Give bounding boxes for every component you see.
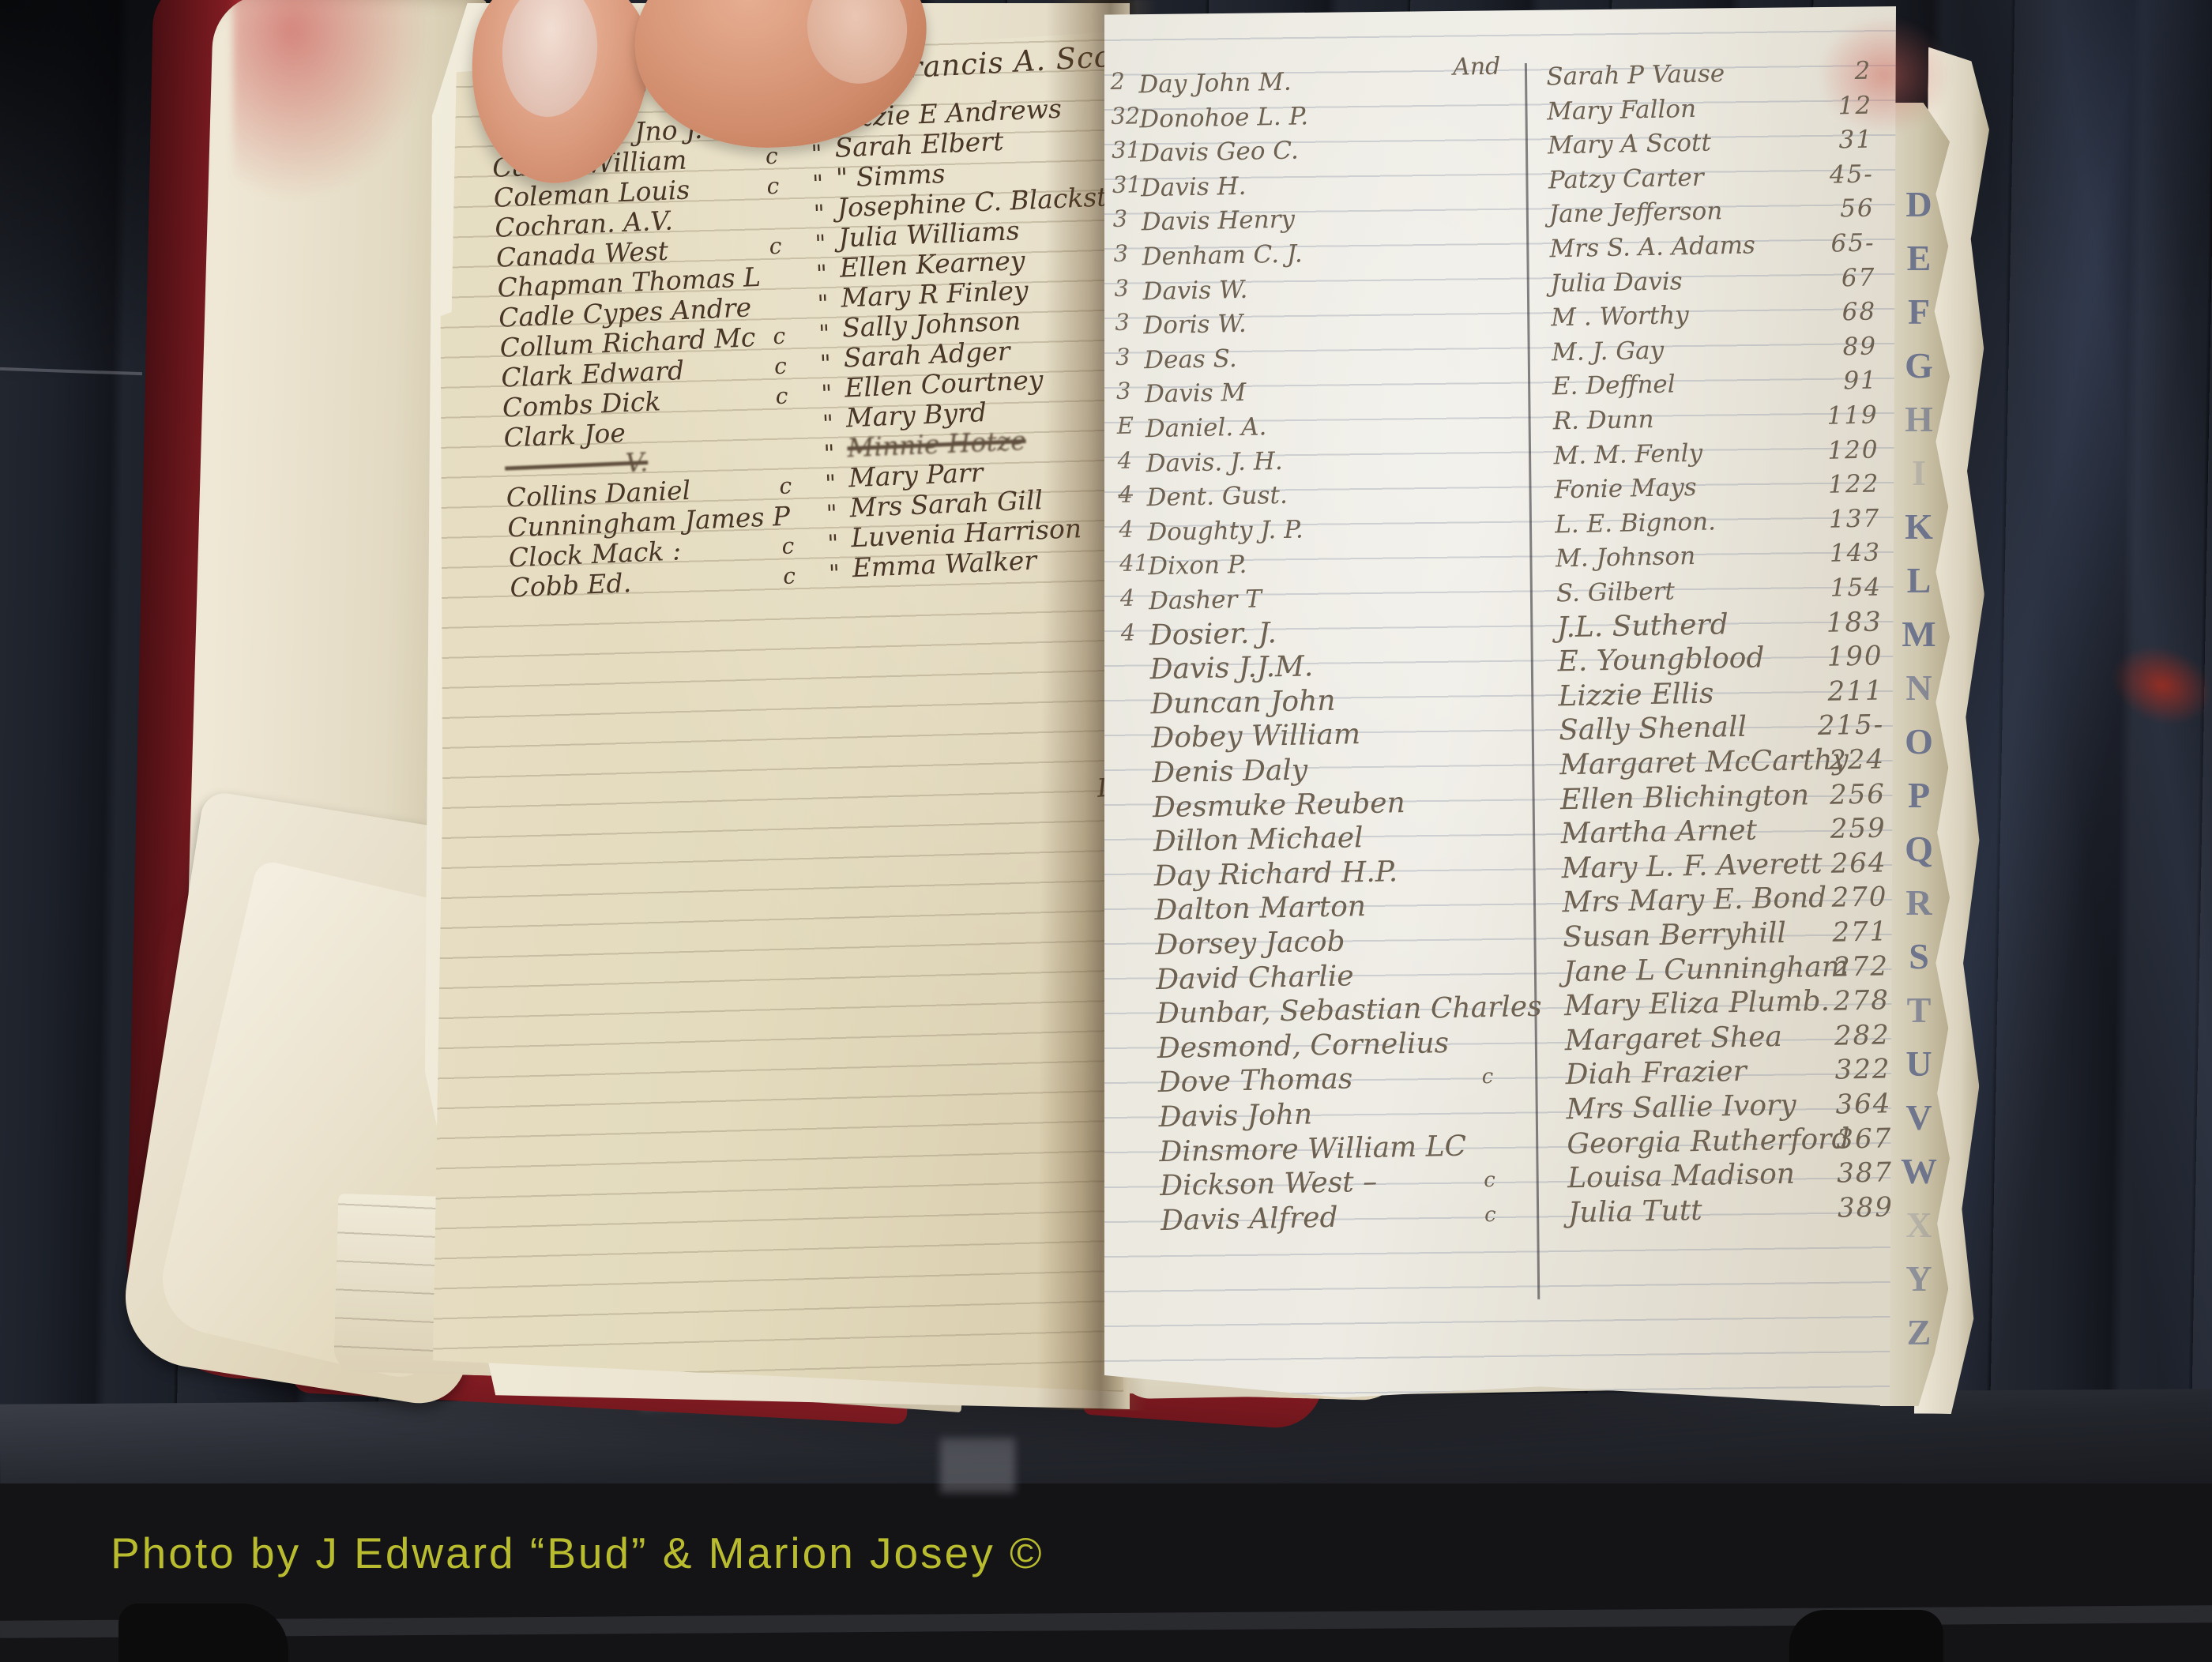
ditto-mark: " — [822, 409, 833, 440]
bride-name: Minnie Hotze — [847, 426, 1027, 463]
groom-name: Dillon Michael — [1153, 821, 1364, 859]
groom-name: Duncan John — [1150, 684, 1336, 722]
page-number: 2 — [1762, 54, 1872, 91]
groom-name: Daniel. A. — [1145, 409, 1266, 446]
ditto-mark: " — [823, 439, 835, 470]
bride-name: M. Johnson — [1556, 539, 1696, 576]
bride-name: Julia Davis — [1550, 264, 1683, 301]
page-number: 387 — [1784, 1155, 1894, 1192]
bride-name: Julia Tutt — [1568, 1194, 1703, 1231]
bride-name: Susan Berryhill — [1563, 916, 1786, 955]
table-leg — [118, 1604, 288, 1662]
color-flag: c — [1484, 1198, 1496, 1232]
page-number: 322 — [1781, 1052, 1891, 1089]
groom-name: Davis. J. H. — [1145, 444, 1283, 481]
bride-name: Sarah P Vause — [1546, 56, 1725, 94]
ditto-mark: " — [827, 529, 839, 560]
color-flag: c — [775, 382, 788, 412]
page-number: 65- — [1766, 226, 1875, 263]
bride-name: Sally Shenall — [1559, 710, 1747, 749]
bride-name: Louisa Madison — [1567, 1157, 1796, 1197]
ditto-mark: " — [821, 379, 833, 410]
groom-name: Deas S. — [1144, 341, 1237, 378]
bride-name: Fonie Mays — [1554, 470, 1697, 507]
page-number: 89 — [1768, 329, 1878, 366]
page-number: 68 — [1767, 295, 1877, 332]
color-flag: c — [773, 352, 787, 382]
bride-name: M. J. Gay — [1552, 333, 1665, 370]
bride-name: Lizzie Ellis — [1558, 676, 1714, 714]
groom-name: Dixon P. — [1148, 547, 1247, 584]
bride-name: S. Gilbert — [1556, 573, 1676, 611]
ditto-mark: " — [825, 469, 837, 500]
bride-name: Sarah Elbert — [834, 126, 1004, 164]
page-number: 224 — [1776, 742, 1886, 779]
groom-name: Cobb Ed. — [510, 568, 632, 603]
bride-name: Mary A Scott — [1548, 126, 1712, 164]
groom-name: Davis H. — [1141, 169, 1247, 206]
page-number: 367 — [1783, 1121, 1893, 1158]
page-number: 272 — [1780, 949, 1890, 986]
page-number: 278 — [1781, 983, 1890, 1021]
groom-name: Davis Geo C. — [1140, 133, 1299, 171]
bride-name: Mrs Sallie Ivory — [1566, 1089, 1796, 1128]
groom-name: Davis M — [1145, 375, 1247, 412]
ditto-mark: " — [814, 229, 826, 260]
page-number: 364 — [1782, 1086, 1892, 1123]
page-number: 389 — [1785, 1190, 1894, 1227]
color-flag: c — [766, 171, 780, 202]
bride-name: Mary Fallon — [1547, 91, 1697, 129]
bride-name: Margaret Shea — [1564, 1020, 1782, 1058]
page-number: 282 — [1781, 1017, 1890, 1055]
groom-name: Desmuke Reuben — [1153, 786, 1405, 825]
page-number: 12 — [1763, 88, 1873, 125]
groom-name: Doris W. — [1143, 306, 1247, 343]
page-number: 264 — [1777, 845, 1887, 882]
page-number: 137 — [1771, 501, 1881, 538]
bride-name: Ellen Blichington — [1560, 778, 1810, 818]
bride-name: Emma Walker — [852, 546, 1037, 584]
color-flag: c — [782, 561, 796, 592]
groom-name: Day John M. — [1138, 65, 1292, 103]
groom-name: Dorsey Jacob — [1155, 925, 1345, 964]
color-flag: c — [769, 231, 782, 262]
page-number: 122 — [1770, 467, 1880, 504]
page-number: 256 — [1777, 776, 1887, 814]
groom-name: Dobey William — [1151, 718, 1360, 757]
groom-name: Dosier. J. — [1149, 616, 1277, 653]
bride-name: L. E. Bignon. — [1555, 504, 1716, 542]
groom-name: Davis J.J.M. — [1149, 649, 1313, 687]
bride-name: Ellen Courtney — [845, 365, 1044, 403]
groom-name: Denis Daly — [1152, 753, 1308, 791]
page-number: 45- — [1764, 156, 1874, 194]
page-number: 211 — [1774, 673, 1884, 710]
groom-name: Davis W. — [1142, 272, 1248, 309]
right-page-entries: And 2323131333333E4444144 Day John M.Sar… — [1112, 9, 1928, 1351]
page-number: 119 — [1769, 397, 1879, 434]
groom-name: Dove Thomas — [1157, 1062, 1352, 1101]
page-number: 56 — [1765, 191, 1875, 228]
groom-name: Denham C. J. — [1142, 236, 1303, 274]
ditto-mark: " — [816, 259, 828, 290]
groom-name: Desmond, Cornelius — [1157, 1026, 1450, 1066]
red-dye-stain — [233, 0, 431, 201]
page-number: 120 — [1770, 432, 1879, 469]
right-rows: Day John M.Sarah P Vause2Donohoe L. P.Ma… — [1112, 9, 1928, 1351]
color-flag: c — [779, 471, 792, 502]
bride-name: Martha Arnet — [1560, 814, 1757, 852]
ditto-mark: " — [819, 349, 831, 380]
page-number: 143 — [1772, 536, 1882, 573]
bride-name: Patzy Carter — [1548, 160, 1704, 197]
page-number: 91 — [1768, 363, 1878, 400]
bride-name: E. Youngblood — [1557, 641, 1765, 679]
bride-name: M. M. Fenly — [1553, 435, 1702, 473]
bride-name: M . Worthy — [1551, 298, 1689, 335]
page-number: 259 — [1777, 811, 1887, 848]
color-flag: c — [1481, 1059, 1493, 1094]
color-flag: c — [781, 531, 795, 562]
groom-name: Dasher T — [1149, 582, 1262, 619]
photo-marriage-index-book: Calhoun, Charles A and Francis A. Scott … — [0, 0, 2212, 1662]
page-number: 215- — [1775, 708, 1885, 745]
groom-name: Davis John — [1158, 1097, 1312, 1135]
ditto-mark: " — [813, 199, 825, 230]
bride-name: J.L. Sutherd — [1556, 607, 1729, 645]
ditto-mark: " — [826, 499, 837, 530]
color-flag: c — [1484, 1163, 1495, 1198]
page-number: 154 — [1772, 570, 1882, 607]
ditto-mark: " — [811, 139, 822, 170]
groom-name: David Charlie — [1156, 959, 1354, 998]
bride-name: Mrs S. A. Adams — [1549, 227, 1755, 266]
ditto-mark: " — [817, 289, 829, 320]
groom-name: Day Richard H.P. — [1153, 855, 1398, 894]
ditto-mark: " — [818, 319, 830, 350]
ditto-mark: " — [828, 559, 840, 590]
ditto-mark: " — [812, 169, 824, 200]
photographer-watermark: Photo by J Edward “Bud” & Marion Josey © — [111, 1528, 1044, 1578]
groom-name: Donohoe L. P. — [1139, 99, 1309, 137]
page-number: 67 — [1766, 260, 1876, 297]
groom-name: Dent. Gust. — [1146, 478, 1288, 515]
color-flag: c — [773, 321, 786, 352]
bride-name: E. Deffnel — [1552, 367, 1676, 404]
page-number: 190 — [1774, 639, 1883, 676]
bride-name: Diah Frazier — [1565, 1055, 1747, 1092]
groom-name: Dalton Marton — [1154, 889, 1366, 928]
groom-name: Davis Henry — [1141, 202, 1295, 240]
bride-name: Jane Jefferson — [1548, 194, 1722, 232]
bride-name: R. Dunn — [1552, 402, 1654, 438]
groom-name: Doughty J. P. — [1147, 512, 1303, 550]
groom-name: Dickson West – — [1160, 1165, 1378, 1204]
page-number: 271 — [1779, 914, 1889, 951]
page-number: 183 — [1773, 604, 1883, 641]
table-leg — [1789, 1610, 1943, 1662]
page-number: 270 — [1778, 880, 1888, 917]
groom-name: Davis Alfred — [1161, 1201, 1338, 1239]
page-number: 31 — [1764, 122, 1874, 160]
